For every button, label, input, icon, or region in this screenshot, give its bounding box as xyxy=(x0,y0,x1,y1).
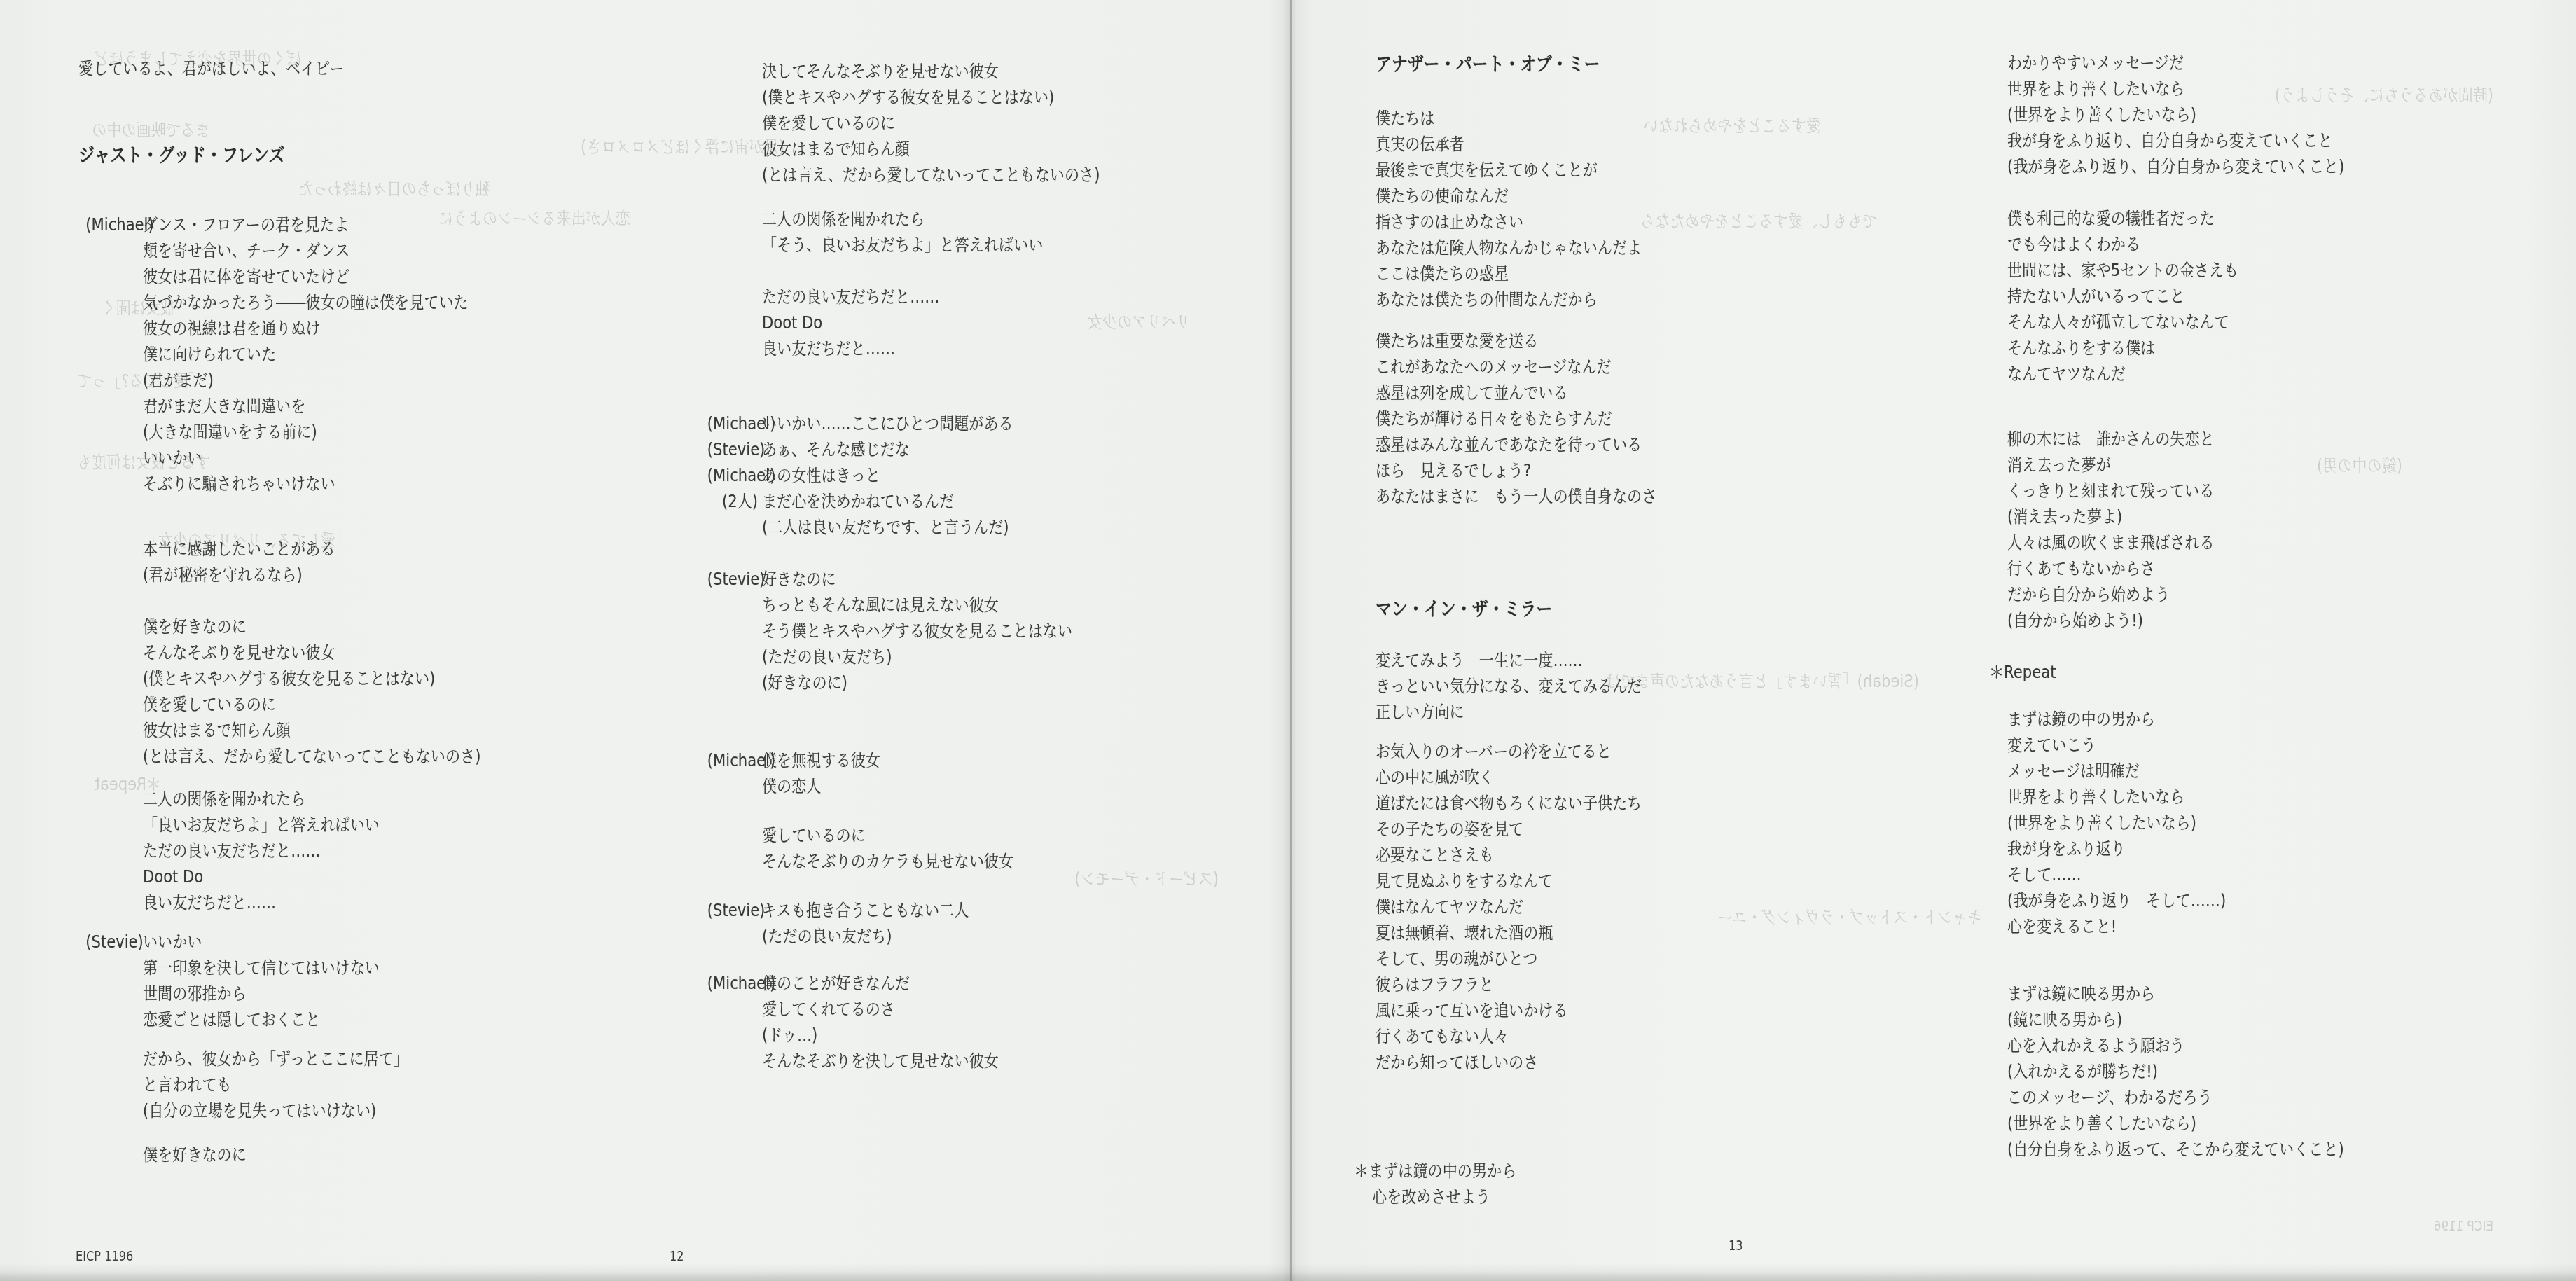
lyric-line: 彼女の視線は君を通りぬけ xyxy=(78,316,709,342)
lyric-text: (僕とキスやハグする彼女を見ることはない) xyxy=(143,666,435,692)
lyric-text: このメッセージ、わかるだろう xyxy=(2007,1085,2213,1111)
lyric-line: (自分自身をふり返って、そこから変えていくこと) xyxy=(2007,1137,2576,1163)
lyric-text: くっきりと刻まれて残っている xyxy=(2007,478,2214,504)
speaker-label: (Michael) xyxy=(707,748,758,774)
lyric-line: (Stevie)あぁ、そんな感じだな xyxy=(700,437,1317,463)
lyric-text: まずは鏡の中の男から xyxy=(2007,707,2155,733)
lyric-text: 良い友だちだと…… xyxy=(143,890,276,916)
lyric-text: 僕のことが好きなんだ xyxy=(762,971,910,997)
lyric-line: ほら 見えるでしょう? xyxy=(1376,458,1992,484)
lyric-text: ここは僕たちの惑星 xyxy=(1376,261,1509,287)
lyric-text: 二人の関係を聞かれたら xyxy=(762,207,925,233)
lyric-line: なんてヤツなんだ xyxy=(2007,361,2576,387)
lyric-text: 彼女は君に体を寄せていたけど xyxy=(143,264,350,290)
lyric-line: 持たない人がいるってこと xyxy=(2007,284,2576,310)
lyric-text: キスも抱き合うこともない二人 xyxy=(762,898,969,924)
lyric-line: 彼女はまるで知らん顔 xyxy=(78,718,709,744)
lyric-text: その子たちの姿を見て xyxy=(1376,817,1523,843)
lyric-line: 恋愛ごとは隠しておくこと xyxy=(78,1007,709,1033)
song-title-text: アナザー・パート・オブ・ミー xyxy=(1376,50,1600,80)
lyric-line: (大きな間違いをする前に) xyxy=(78,420,709,445)
lyric-text: (君が秘密を守れるなら) xyxy=(143,562,303,588)
lyric-text: 君がまだ大きな間違いを xyxy=(143,394,305,420)
lyric-line: と言われても xyxy=(78,1072,709,1098)
lyrics-column-1: 愛しているよ、君がほしいよ、ベイビージャスト・グッド・フレンズ(Michael)… xyxy=(78,56,709,1168)
lyric-line: 変えてみよう 一生に一度…… xyxy=(1376,648,1992,674)
lyric-line: 頬を寄せ合い、チーク・ダンス xyxy=(78,238,709,264)
lyric-text: 良い友だちだと…… xyxy=(762,336,895,362)
lyric-text: (世界をより善くしたいなら) xyxy=(2007,810,2196,836)
lyric-line: だから自分から始めよう xyxy=(2007,582,2576,608)
lyric-line: 僕はなんてヤツなんだ xyxy=(1376,894,1992,920)
lyric-line: 僕の恋人 xyxy=(700,774,1317,800)
lyric-line: (世界をより善くしたいなら) xyxy=(2007,1111,2576,1137)
lyric-text: 変えていこう xyxy=(2007,733,2096,759)
lyric-line: 君がまだ大きな間違いを xyxy=(78,394,709,420)
lyric-line: 世界をより善くしたいなら xyxy=(2007,784,2576,810)
lyric-line: 柳の木には 誰かさんの失恋と xyxy=(2007,427,2576,452)
lyric-text: (君がまだ) xyxy=(143,368,214,394)
lyric-text: (自分から始めよう!) xyxy=(2007,608,2143,634)
lyric-line: (Michael)僕のことが好きなんだ xyxy=(700,971,1317,997)
lyric-text: そんな人々が孤立してないなんて xyxy=(2007,310,2229,335)
lyric-line: ちっともそんな風には見えない彼女 xyxy=(700,593,1317,618)
lyric-stanza: (Stevie)キスも抱き合うこともない二人(ただの良い友だち) xyxy=(700,898,1317,950)
lyric-text: 愛してくれてるのさ xyxy=(762,997,895,1023)
lyric-stanza: 本当に感謝したいことがある(君が秘密を守れるなら) xyxy=(78,536,709,588)
lyric-line: 気づかなかったろう――彼女の瞳は僕を見ていた xyxy=(78,290,709,316)
lyric-text: 夏は無頓着、壊れた酒の瓶 xyxy=(1376,920,1553,946)
lyric-text: 見て見ぬふりをするなんて xyxy=(1376,868,1553,894)
lyric-line: (自分の立場を見失ってはいけない) xyxy=(78,1098,709,1124)
lyric-stanza: 僕たちは重要な愛を送るこれがあなたへのメッセージなんだ惑星は列を成して並んでいる… xyxy=(1376,328,1992,510)
lyric-line: あなたは危険人物なんかじゃないんだよ xyxy=(1376,235,1992,261)
lyric-text: 愛しているのに xyxy=(762,823,866,849)
page-number-left: 12 xyxy=(670,1247,686,1266)
lyric-line: 惑星はみんな並んであなたを待っている xyxy=(1376,432,1992,458)
lyric-text: ちっともそんな風には見えない彼女 xyxy=(762,593,999,618)
lyric-text: (二人は良い友だちです、と言うんだ) xyxy=(762,515,1009,541)
lyric-text: (自分自身をふり返って、そこから変えていくこと) xyxy=(2007,1137,2344,1163)
speaker-label: (Michael) xyxy=(707,411,758,437)
lyric-stanza: だから、彼女から「ずっとここに居て」と言われても(自分の立場を見失ってはいけない… xyxy=(78,1046,709,1124)
lyric-text: Doot Do xyxy=(143,864,203,890)
lyric-line: 心を変えること! xyxy=(2007,914,2576,940)
lyric-line: わかりやすいメッセージだ xyxy=(2007,50,2576,76)
lyric-text: 世間の邪推から xyxy=(143,981,247,1007)
lyric-line: (とは言え、だから愛してないってこともないのさ) xyxy=(78,744,709,770)
lyric-line: 彼らはフラフラと xyxy=(1376,972,1992,998)
lyric-line: 良い友だちだと…… xyxy=(78,890,709,916)
lyric-stanza: 二人の関係を聞かれたら「そう、良いお友だちよ」と答えればいい xyxy=(700,207,1317,258)
lyric-line: 第一印象を決して信じてはいけない xyxy=(78,955,709,981)
lyric-text: そぶりに騙されちゃいけない xyxy=(143,471,335,497)
lyric-line: きっといい気分になる、変えてみるんだ xyxy=(1376,674,1992,700)
lyric-line: (我が身をふり返り、自分自身から変えていくこと) xyxy=(2007,154,2576,180)
page-number-right: 13 xyxy=(1729,1237,1745,1255)
lyric-text: お気入りのオーバーの衿を立てると xyxy=(1376,739,1612,765)
lyric-text: あなたは僕たちの仲間なんだから xyxy=(1376,287,1598,313)
lyric-line: そんなそぶりを見せない彼女 xyxy=(78,640,709,666)
lyric-text: そして、男の魂がひとつ xyxy=(1376,946,1537,972)
lyric-line: 僕も利己的な愛の犠牲者だった xyxy=(2007,206,2576,232)
lyric-line: (Stevie)好きなのに xyxy=(700,567,1317,593)
lyric-line: 必要なことさえも xyxy=(1376,843,1992,868)
catalog-number: EICP 1196 xyxy=(76,1247,144,1266)
lyric-stanza: 僕も利己的な愛の犠牲者だったでも今はよくわかる世間には、家や5セントの金さえも持… xyxy=(2007,206,2576,387)
lyric-line: 彼女はまるで知らん顔 xyxy=(700,137,1317,162)
lyric-text: (世界をより善くしたいなら) xyxy=(2007,102,2196,128)
lyric-text: ＊Repeat xyxy=(1989,660,2056,686)
lyric-text: (ただの良い友だち) xyxy=(762,924,892,950)
lyric-line: 道ばたには食べ物もろくにない子供たち xyxy=(1376,791,1992,817)
lyric-text: 消え去った夢が xyxy=(2007,452,2111,478)
lyric-line: 二人の関係を聞かれたら xyxy=(700,207,1317,233)
lyric-line: 指さすのは止めなさい xyxy=(1376,209,1992,235)
lyric-line: そんなそぶりのカケラも見せない彼女 xyxy=(700,849,1317,875)
lyric-text: 指さすのは止めなさい xyxy=(1376,209,1523,235)
lyric-line: 「良いお友だちよ」と答えればいい xyxy=(78,812,709,838)
gutter-line xyxy=(1290,0,1292,1281)
lyrics-column-4: わかりやすいメッセージだ世界をより善くしたいなら(世界をより善くしたいなら)我が… xyxy=(2007,50,2576,1163)
lyric-text: 僕も利己的な愛の犠牲者だった xyxy=(2007,206,2215,232)
lyric-text: これがあなたへのメッセージなんだ xyxy=(1376,354,1612,380)
lyric-line: 良い友だちだと…… xyxy=(700,336,1317,362)
lyric-text: 我が身をふり返り xyxy=(2007,836,2126,862)
lyric-line: 僕たちが輝ける日々をもたらすんだ xyxy=(1376,406,1992,432)
lyric-line: 僕を好きなのに xyxy=(78,1142,709,1168)
lyric-text: いいかい……ここにひとつ問題がある xyxy=(762,411,1013,437)
lyric-line: メッセージは明確だ xyxy=(2007,759,2576,784)
lyric-text: 世界をより善くしたいなら xyxy=(2007,784,2184,810)
speaker-label: (Stevie) xyxy=(707,437,758,463)
lyric-stanza: 柳の木には 誰かさんの失恋と消え去った夢がくっきりと刻まれて残っている(消え去っ… xyxy=(2007,427,2576,634)
lyric-line: そして…… xyxy=(2007,862,2576,888)
lyric-line: (僕とキスやハグする彼女を見ることはない) xyxy=(700,85,1317,111)
lyric-line: いいかい xyxy=(78,445,709,471)
lyric-line: (ただの良い友だち) xyxy=(700,924,1317,950)
lyric-line: 行くあてもないからさ xyxy=(2007,556,2576,582)
lyric-text: 心を改めさせよう xyxy=(1372,1184,1490,1210)
lyric-line: まずは鏡の中の男から xyxy=(2007,707,2576,733)
lyric-line: これがあなたへのメッセージなんだ xyxy=(1376,354,1992,380)
speaker-label: (Stevie) xyxy=(85,929,139,955)
lyric-text: 彼女はまるで知らん顔 xyxy=(762,137,910,162)
lyric-text: (我が身をふり返り、自分自身から変えていくこと) xyxy=(2007,154,2344,180)
lyric-text: 持たない人がいるってこと xyxy=(2007,284,2184,310)
lyric-text: あなたは危険人物なんかじゃないんだよ xyxy=(1376,235,1642,261)
lyric-line: あなたは僕たちの仲間なんだから xyxy=(1376,287,1992,313)
lyric-line: (Michael)僕を無視する彼女 xyxy=(700,748,1317,774)
lyric-stanza: 僕たちは真実の伝承者最後まで真実を伝えてゆくことが僕たちの使命なんだ指さすのは止… xyxy=(1376,106,1992,313)
lyric-text: 僕たちは重要な愛を送る xyxy=(1376,328,1538,354)
lyric-text: いいかい xyxy=(143,445,202,471)
lyric-line: 僕を愛しているのに xyxy=(700,111,1317,137)
lyric-line: 「そう、良いお友だちよ」と答えればいい xyxy=(700,233,1317,258)
lyric-line: (僕とキスやハグする彼女を見ることはない) xyxy=(78,666,709,692)
lyric-stanza: まずは鏡の中の男から変えていこうメッセージは明確だ世界をより善くしたいなら(世界… xyxy=(2007,707,2576,940)
lyric-text: 風に乗って互いを追いかける xyxy=(1376,998,1568,1024)
lyric-text: 行くあてもないからさ xyxy=(2007,556,2155,582)
lyric-line: Doot Do xyxy=(700,310,1317,336)
lyric-text: 僕を愛しているのに xyxy=(143,692,276,718)
lyric-text: (とは言え、だから愛してないってこともないのさ) xyxy=(762,162,1100,188)
lyric-text: 惑星は列を成して並んでいる xyxy=(1376,380,1568,406)
song-title: ジャスト・グッド・フレンズ xyxy=(78,141,709,171)
lyric-text: 僕に向けられていた xyxy=(143,342,276,368)
lyric-line: このメッセージ、わかるだろう xyxy=(2007,1085,2576,1111)
lyric-text: (ただの良い友だち) xyxy=(762,644,892,670)
lyric-text: 僕たちが輝ける日々をもたらすんだ xyxy=(1376,406,1612,432)
lyric-text: 好きなのに xyxy=(762,567,836,593)
lyric-text: ＊まずは鏡の中の男から xyxy=(1354,1158,1516,1184)
lyric-text: (とは言え、だから愛してないってこともないのさ) xyxy=(143,744,480,770)
lyric-text: わかりやすいメッセージだ xyxy=(2007,50,2184,76)
lyric-line: そんなふりをする僕は xyxy=(2007,335,2576,361)
lyric-line: (Michael)いいかい……ここにひとつ問題がある xyxy=(700,411,1317,437)
lyric-text: 柳の木には 誰かさんの失恋と xyxy=(2007,427,2215,452)
lyric-text: あなたはまさに もう一人の僕自身なのさ xyxy=(1376,484,1656,510)
lyric-text: 僕を好きなのに xyxy=(143,614,247,640)
lyric-stanza: 愛しているよ、君がほしいよ、ベイビー xyxy=(78,56,709,82)
lyric-text: と言われても xyxy=(143,1072,232,1098)
lyric-line: 消え去った夢が xyxy=(2007,452,2576,478)
lyric-text: (消え去った夢よ) xyxy=(2007,504,2122,530)
lyric-stanza: 愛しているのにそんなそぶりのカケラも見せない彼女 xyxy=(700,823,1317,875)
lyric-line: ＊まずは鏡の中の男から xyxy=(1372,1158,1992,1184)
lyric-line: (世界をより善くしたいなら) xyxy=(2007,102,2576,128)
lyric-text: 我が身をふり返り、自分自身から変えていくこと xyxy=(2007,128,2333,154)
lyric-text: 人々は風の吹くまま飛ばされる xyxy=(2007,530,2215,556)
lyric-line: 心を改めさせよう xyxy=(1372,1184,1992,1210)
lyric-text: 第一印象を決して信じてはいけない xyxy=(143,955,380,981)
lyric-text: 変えてみよう 一生に一度…… xyxy=(1376,648,1583,674)
lyric-text: 彼女の視線は君を通りぬけ xyxy=(143,316,320,342)
lyric-line: (入れかえるが勝ちだ!) xyxy=(2007,1059,2576,1085)
lyric-line: (君がまだ) xyxy=(78,368,709,394)
lyric-line: ただの良い友だちだと…… xyxy=(700,284,1317,310)
lyric-text: だから、彼女から「ずっとここに居て」 xyxy=(143,1046,408,1072)
lyric-line: ＊Repeat xyxy=(2007,660,2576,686)
lyric-stanza: お気入りのオーバーの衿を立てると心の中に風が吹く道ばたには食べ物もろくにない子供… xyxy=(1376,739,1992,1076)
lyric-text: (入れかえるが勝ちだ!) xyxy=(2007,1059,2158,1085)
lyric-text: ほら 見えるでしょう? xyxy=(1376,458,1531,484)
lyric-line: そう僕とキスやハグする彼女を見ることはない xyxy=(700,618,1317,644)
lyric-stanza: (Michael)いいかい……ここにひとつ問題がある(Stevie)あぁ、そんな… xyxy=(700,411,1317,541)
lyric-text: 彼女はまるで知らん顔 xyxy=(143,718,291,744)
lyric-text: 心を入れかえるよう願おう xyxy=(2007,1033,2184,1059)
speaker-label: (Stevie) xyxy=(707,567,758,593)
lyric-line: (Michael)あの女性はきっと xyxy=(700,463,1317,489)
lyric-line: 正しい方向に xyxy=(1376,700,1992,726)
lyric-stanza: (Michael)僕を無視する彼女僕の恋人 xyxy=(700,748,1317,800)
lyrics-column-3: アナザー・パート・オブ・ミー僕たちは真実の伝承者最後まで真実を伝えてゆくことが僕… xyxy=(1376,50,1992,1210)
lyric-line: 風に乗って互いを追いかける xyxy=(1376,998,1992,1024)
lyric-line: 我が身をふり返り xyxy=(2007,836,2576,862)
lyric-line: ここは僕たちの惑星 xyxy=(1376,261,1992,287)
lyric-text: (我が身をふり返り そして……) xyxy=(2007,888,2226,914)
lyric-stanza: 二人の関係を聞かれたら「良いお友だちよ」と答えればいいただの良い友だちだと……D… xyxy=(78,787,709,916)
lyric-line: (好きなのに) xyxy=(700,670,1317,696)
lyric-line: 心を入れかえるよう願おう xyxy=(2007,1033,2576,1059)
lyric-stanza: 変えてみよう 一生に一度……きっといい気分になる、変えてみるんだ正しい方向に xyxy=(1376,648,1992,726)
page-number-right-text: 13 xyxy=(1729,1237,1743,1255)
song-title-text: ジャスト・グッド・フレンズ xyxy=(78,141,285,171)
lyric-line: (鏡に映る男から) xyxy=(2007,1007,2576,1033)
lyric-text: (自分の立場を見失ってはいけない) xyxy=(143,1098,376,1124)
lyric-line: 惑星は列を成して並んでいる xyxy=(1376,380,1992,406)
lyric-stanza: (Michael)ダンス・フロアーの君を見たよ頬を寄せ合い、チーク・ダンス彼女は… xyxy=(78,212,709,497)
lyric-line: ただの良い友だちだと…… xyxy=(78,838,709,864)
lyric-line: 心の中に風が吹く xyxy=(1376,765,1992,791)
lyric-text: そして…… xyxy=(2007,862,2082,888)
lyric-line: 変えていこう xyxy=(2007,733,2576,759)
lyric-line: 僕を好きなのに xyxy=(78,614,709,640)
lyric-line: そんなそぶりを決して見せない彼女 xyxy=(700,1048,1317,1074)
lyric-text: そんなそぶりを見せない彼女 xyxy=(143,640,335,666)
lyric-text: 彼らはフラフラと xyxy=(1376,972,1494,998)
lyric-text: だから自分から始めよう xyxy=(2007,582,2170,608)
lyric-text: 気づかなかったろう――彼女の瞳は僕を見ていた xyxy=(143,290,469,316)
lyric-text: 僕を好きなのに xyxy=(143,1142,247,1168)
lyric-text: そんなそぶりを決して見せない彼女 xyxy=(762,1048,999,1074)
lyric-line: 彼女は君に体を寄せていたけど xyxy=(78,264,709,290)
lyric-text: 正しい方向に xyxy=(1376,700,1464,726)
lyric-text: 世界をより善くしたいなら xyxy=(2007,76,2184,102)
lyric-text: 「良いお友だちよ」と答えればいい xyxy=(143,812,380,838)
lyric-line: (我が身をふり返り そして……) xyxy=(2007,888,2576,914)
lyric-stanza: (Stevie)いいかい第一印象を決して信じてはいけない世間の邪推から恋愛ごとは… xyxy=(78,929,709,1033)
lyric-text: 頬を寄せ合い、チーク・ダンス xyxy=(143,238,349,264)
lyric-text: 最後まで真実を伝えてゆくことが xyxy=(1376,158,1598,184)
lyric-line: 世間の邪推から xyxy=(78,981,709,1007)
lyric-line: 僕を愛しているのに xyxy=(78,692,709,718)
lyric-line: (Stevie)いいかい xyxy=(78,929,709,955)
lyric-line: (Michael)ダンス・フロアーの君を見たよ xyxy=(78,212,709,238)
lyric-text: ただの良い友だちだと…… xyxy=(143,838,320,864)
lyric-text: (大きな間違いをする前に) xyxy=(143,420,317,445)
lyric-text: (好きなのに) xyxy=(762,670,847,696)
lyric-line: (消え去った夢よ) xyxy=(2007,504,2576,530)
lyric-line: そして、男の魂がひとつ xyxy=(1376,946,1992,972)
speaker-label: (Stevie) xyxy=(707,898,758,924)
lyric-stanza: わかりやすいメッセージだ世界をより善くしたいなら(世界をより善くしたいなら)我が… xyxy=(2007,50,2576,180)
lyric-line: (君が秘密を守れるなら) xyxy=(78,562,709,588)
lyric-text: ただの良い友だちだと…… xyxy=(762,284,939,310)
lyric-line: くっきりと刻まれて残っている xyxy=(2007,478,2576,504)
lyric-line: (ドゥ…) xyxy=(700,1023,1317,1048)
song-title-text: マン・イン・ザ・ミラー xyxy=(1376,595,1552,625)
lyric-line: 世界をより善くしたいなら xyxy=(2007,76,2576,102)
speaker-label: (Michael) xyxy=(707,971,758,997)
lyrics-column-2: 決してそんなそぶりを見せない彼女(僕とキスやハグする彼女を見ることはない)僕を愛… xyxy=(700,59,1317,1074)
lyric-text: そんなふりをする僕は xyxy=(2007,335,2155,361)
lyric-line: 愛しているのに xyxy=(700,823,1317,849)
lyric-line: あなたはまさに もう一人の僕自身なのさ xyxy=(1376,484,1992,510)
lyric-text: まだ心を決めかねているんだ xyxy=(762,489,954,515)
lyric-line: その子たちの姿を見て xyxy=(1376,817,1992,843)
lyric-text: まずは鏡に映る男から xyxy=(2007,981,2155,1007)
lyric-text: 心の中に風が吹く xyxy=(1376,765,1494,791)
lyric-line: 我が身をふり返り、自分自身から変えていくこと xyxy=(2007,128,2576,154)
lyric-text: 僕たちの使命なんだ xyxy=(1376,184,1509,209)
lyric-line: 行くあてもない人々 xyxy=(1376,1024,1992,1050)
lyric-text: (僕とキスやハグする彼女を見ることはない) xyxy=(762,85,1054,111)
lyric-text: でも今はよくわかる xyxy=(2007,232,2140,258)
lyric-line: 決してそんなそぶりを見せない彼女 xyxy=(700,59,1317,85)
lyric-text: 二人の関係を聞かれたら xyxy=(143,787,305,812)
speaker-label: (2人) xyxy=(707,489,758,515)
lyric-stanza: 僕を好きなのにそんなそぶりを見せない彼女(僕とキスやハグする彼女を見ることはない… xyxy=(78,614,709,770)
lyric-text: 僕を無視する彼女 xyxy=(762,748,880,774)
lyric-text: あの女性はきっと xyxy=(762,463,880,489)
speaker-label: (Michael) xyxy=(707,463,758,489)
lyric-line: 人々は風の吹くまま飛ばされる xyxy=(2007,530,2576,556)
lyric-text: 道ばたには食べ物もろくにない子供たち xyxy=(1376,791,1642,817)
lyric-text: 行くあてもない人々 xyxy=(1376,1024,1509,1050)
lyric-text: 真実の伝承者 xyxy=(1376,132,1464,158)
lyric-stanza: ＊Repeat xyxy=(2007,660,2576,686)
lyric-text: (ドゥ…) xyxy=(762,1023,817,1048)
lyric-text: 必要なことさえも xyxy=(1376,843,1494,868)
lyric-text: 僕はなんてヤツなんだ xyxy=(1376,894,1523,920)
lyric-line: 愛してくれてるのさ xyxy=(700,997,1317,1023)
lyric-text: いいかい xyxy=(143,929,202,955)
lyric-line: まずは鏡に映る男から xyxy=(2007,981,2576,1007)
lyric-line: 僕たちは重要な愛を送る xyxy=(1376,328,1992,354)
catalog-number-text: EICP 1196 xyxy=(76,1247,133,1266)
lyric-line: (とは言え、だから愛してないってこともないのさ) xyxy=(700,162,1317,188)
lyric-line: 見て見ぬふりをするなんて xyxy=(1376,868,1992,894)
lyric-text: 愛しているよ、君がほしいよ、ベイビー xyxy=(78,56,344,82)
lyric-line: 世間には、家や5セントの金さえも xyxy=(2007,258,2576,284)
lyric-text: メッセージは明確だ xyxy=(2007,759,2140,784)
lyric-line: 僕たちは xyxy=(1376,106,1992,132)
lyric-line: そんな人々が孤立してないなんて xyxy=(2007,310,2576,335)
lyric-text: 僕を愛しているのに xyxy=(762,111,895,137)
lyric-text: なんてヤツなんだ xyxy=(2007,361,2126,387)
lyric-line: Doot Do xyxy=(78,864,709,890)
lyric-text: 惑星はみんな並んであなたを待っている xyxy=(1376,432,1642,458)
lyric-text: (世界をより善くしたいなら) xyxy=(2007,1111,2196,1137)
lyric-stanza: (Stevie)好きなのにちっともそんな風には見えない彼女そう僕とキスやハグする… xyxy=(700,567,1317,696)
lyric-stanza: ただの良い友だちだと……Doot Do良い友だちだと…… xyxy=(700,284,1317,362)
lyric-text: そう僕とキスやハグする彼女を見ることはない xyxy=(762,618,1072,644)
lyric-line: 真実の伝承者 xyxy=(1376,132,1992,158)
lyric-stanza: 僕を好きなのに xyxy=(78,1142,709,1168)
speaker-label: (Michael) xyxy=(85,212,139,238)
lyric-text: 僕たちは xyxy=(1376,106,1434,132)
lyric-line: (2人)まだ心を決めかねているんだ xyxy=(700,489,1317,515)
lyric-line: (世界をより善くしたいなら) xyxy=(2007,810,2576,836)
song-title: マン・イン・ザ・ミラー xyxy=(1376,595,1992,625)
lyric-stanza: ＊まずは鏡の中の男から心を改めさせよう xyxy=(1372,1158,1992,1210)
page-number-left-text: 12 xyxy=(670,1247,684,1266)
lyric-line: お気入りのオーバーの衿を立てると xyxy=(1376,739,1992,765)
lyric-text: あぁ、そんな感じだな xyxy=(762,437,910,463)
lyric-line: でも今はよくわかる xyxy=(2007,232,2576,258)
lyric-line: だから、彼女から「ずっとここに居て」 xyxy=(78,1046,709,1072)
lyric-text: (鏡に映る男から) xyxy=(2007,1007,2122,1033)
song-title: アナザー・パート・オブ・ミー xyxy=(1376,50,1992,80)
lyric-text: だから知ってほしいのさ xyxy=(1376,1050,1538,1076)
lyric-line: 二人の関係を聞かれたら xyxy=(78,787,709,812)
lyric-line: 夏は無頓着、壊れた酒の瓶 xyxy=(1376,920,1992,946)
lyric-line: 本当に感謝したいことがある xyxy=(78,536,709,562)
lyric-stanza: まずは鏡に映る男から(鏡に映る男から)心を入れかえるよう願おう(入れかえるが勝ち… xyxy=(2007,981,2576,1163)
lyric-line: 愛しているよ、君がほしいよ、ベイビー xyxy=(78,56,709,82)
lyric-text: きっといい気分になる、変えてみるんだ xyxy=(1376,674,1642,700)
